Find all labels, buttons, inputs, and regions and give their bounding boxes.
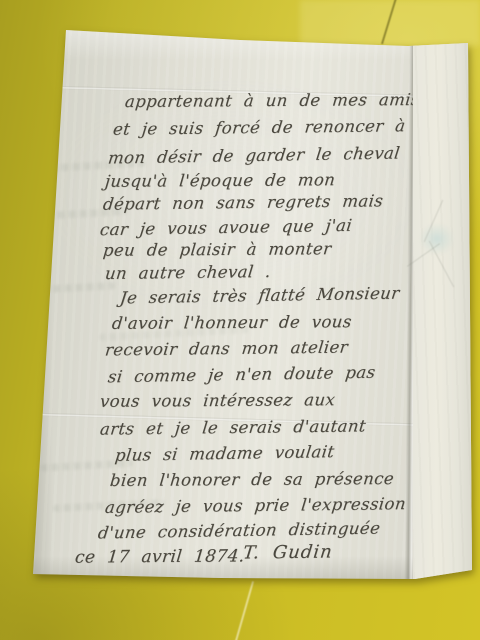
photo-scene: appartenant à un de mes amis et je suis … <box>0 0 480 640</box>
letter-date: ce 17 avril 1874. <box>74 548 245 566</box>
letter-signature: T. Gudin <box>242 543 334 562</box>
handwritten-line: départ non sans regrets mais <box>102 193 384 213</box>
handwritten-line: si comme je n'en doute pas <box>107 365 376 386</box>
handwritten-line: peu de plaisir à monter <box>102 241 332 259</box>
handwritten-line: plus si madame voulait <box>114 444 335 464</box>
letter-back-leaf <box>413 43 472 579</box>
handwritten-line: car je vous avoue que j'ai <box>99 218 353 239</box>
handwritten-line: appartenant à un de mes amis <box>124 92 420 111</box>
back-leaf-creases <box>413 43 472 579</box>
letter-paper: appartenant à un de mes amis et je suis … <box>33 30 473 580</box>
handwritten-line: d'une considération distinguée <box>97 521 381 542</box>
handwritten-line: agréez je vous prie l'expression <box>104 496 407 516</box>
handwritten-line: Je serais très flatté Monsieur <box>119 286 401 307</box>
letter-paper-shadow: appartenant à un de mes amis et je suis … <box>0 0 480 640</box>
handwritten-line: un autre cheval . <box>104 264 272 283</box>
handwritten-line: recevoir dans mon atelier <box>104 340 349 359</box>
handwritten-line: et je suis forcé de renoncer à <box>112 118 406 138</box>
handwritten-line: mon désir de garder le cheval <box>107 145 401 167</box>
handwritten-line: vous vous intéressez aux <box>99 392 336 410</box>
handwritten-line: jusqu'à l'époque de mon <box>104 172 336 190</box>
handwritten-line: arts et je le serais d'autant <box>99 418 367 438</box>
handwritten-line: bien l'honorer de sa présence <box>109 471 395 489</box>
handwritten-line: d'avoir l'honneur de vous <box>111 314 352 332</box>
